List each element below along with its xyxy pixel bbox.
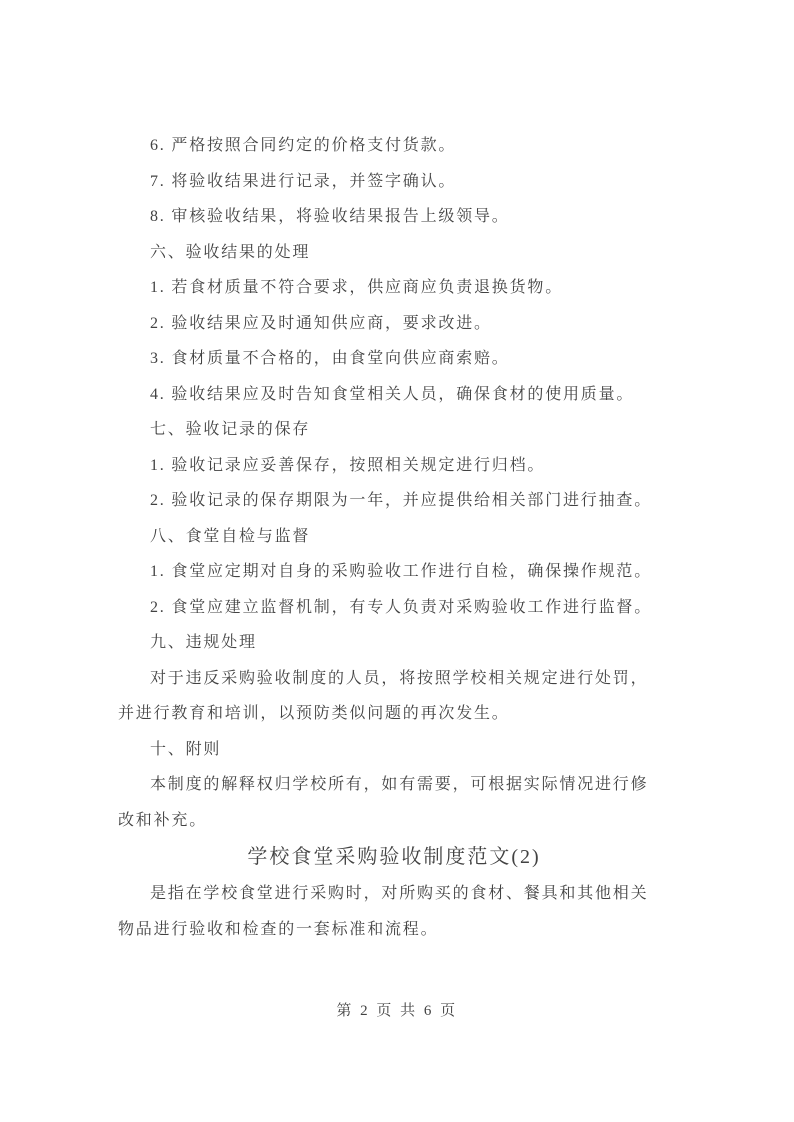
section-heading: 十、附则	[118, 732, 670, 768]
document-body: 6. 严格按照合同约定的价格支付货款。7. 将验收结果进行记录，并签字确认。8.…	[118, 128, 670, 947]
section-heading: 九、违规处理	[118, 625, 670, 661]
list-item: 2. 验收记录的保存期限为一年，并应提供给相关部门进行抽查。	[118, 483, 670, 519]
section-heading: 六、验收结果的处理	[118, 235, 670, 271]
paragraph-first-line: 对于违反采购验收制度的人员，将按照学校相关规定进行处罚，	[118, 661, 670, 697]
paragraph-continuation-line: 物品进行验收和检查的一套标准和流程。	[118, 912, 670, 948]
page-footer: 第 2 页 共 6 页	[0, 1000, 794, 1022]
paragraph-first-line: 是指在学校食堂进行采购时，对所购买的食材、餐具和其他相关	[118, 876, 670, 912]
page-number: 第 2 页 共 6 页	[336, 1003, 457, 1019]
list-item: 2. 验收结果应及时通知供应商，要求改进。	[118, 306, 670, 342]
list-item: 1. 验收记录应妥善保存，按照相关规定进行归档。	[118, 448, 670, 484]
document-title: 学校食堂采购验收制度范文(2)	[118, 838, 670, 876]
section-heading: 七、验收记录的保存	[118, 412, 670, 448]
section-heading: 八、食堂自检与监督	[118, 519, 670, 555]
list-item: 3. 食材质量不合格的，由食堂向供应商索赔。	[118, 341, 670, 377]
list-item: 2. 食堂应建立监督机制，有专人负责对采购验收工作进行监督。	[118, 590, 670, 626]
list-item: 1. 食堂应定期对自身的采购验收工作进行自检，确保操作规范。	[118, 554, 670, 590]
list-item: 7. 将验收结果进行记录，并签字确认。	[118, 164, 670, 200]
paragraph-first-line: 本制度的解释权归学校所有，如有需要，可根据实际情况进行修	[118, 767, 670, 803]
list-item: 8. 审核验收结果，将验收结果报告上级领导。	[118, 199, 670, 235]
paragraph-continuation-line: 改和补充。	[118, 803, 670, 839]
list-item: 1. 若食材质量不符合要求，供应商应负责退换货物。	[118, 270, 670, 306]
list-item: 4. 验收结果应及时告知食堂相关人员，确保食材的使用质量。	[118, 377, 670, 413]
list-item: 6. 严格按照合同约定的价格支付货款。	[118, 128, 670, 164]
document-page: 6. 严格按照合同约定的价格支付货款。7. 将验收结果进行记录，并签字确认。8.…	[0, 0, 794, 1122]
paragraph-continuation-line: 并进行教育和培训，以预防类似问题的再次发生。	[118, 696, 670, 732]
